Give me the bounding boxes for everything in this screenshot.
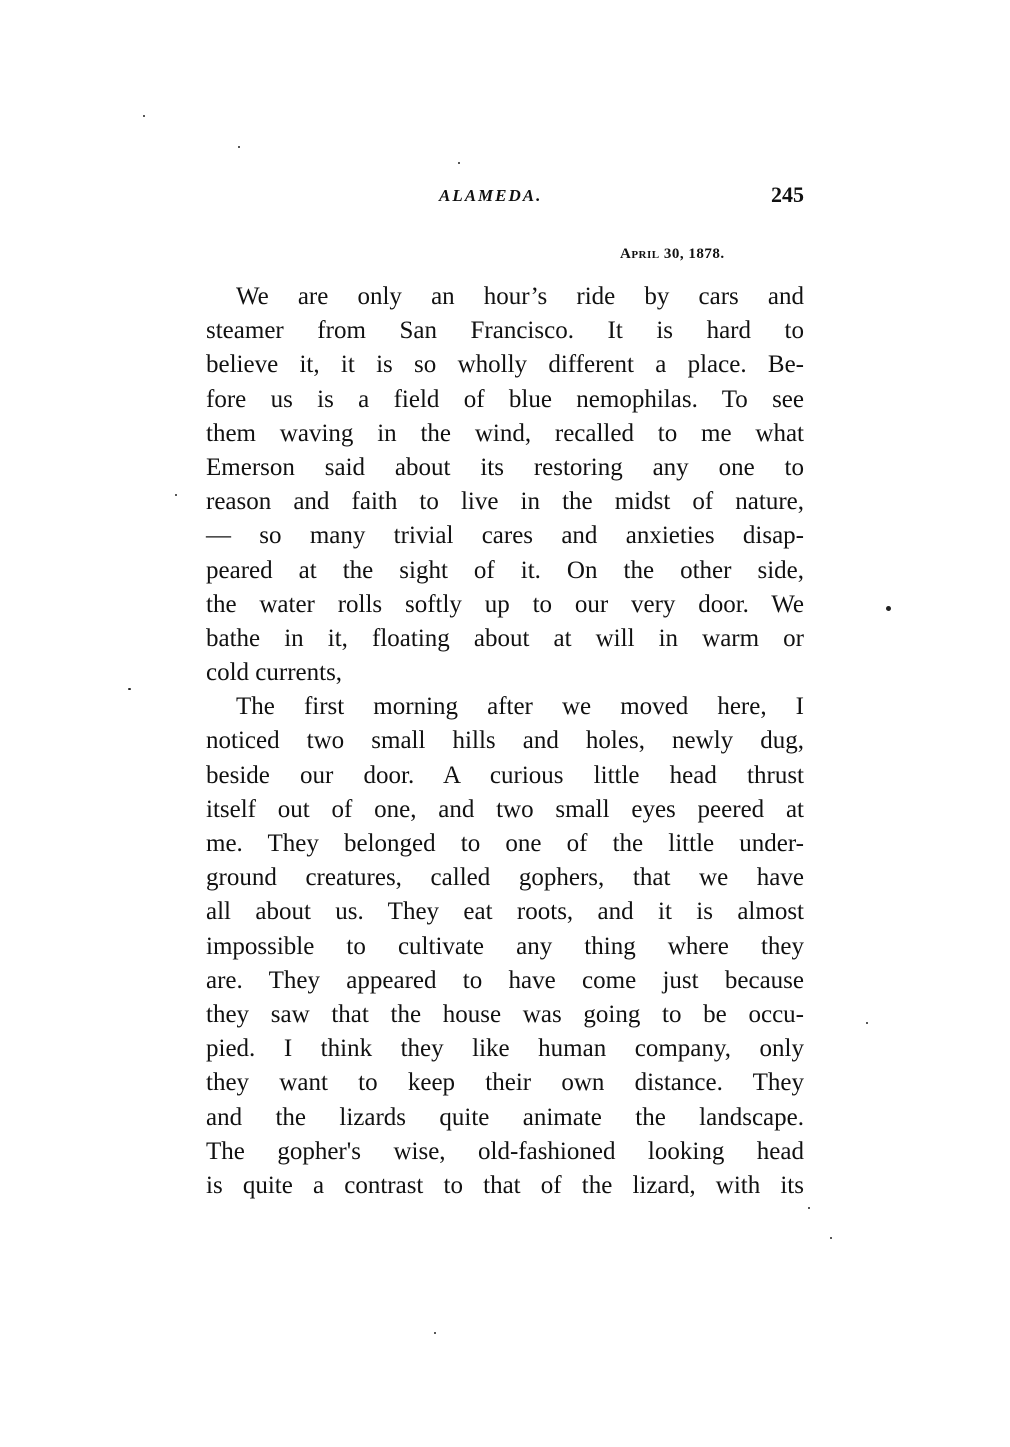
text-line: — so many trivial cares and anxieties di… (206, 519, 804, 553)
text-line: itself out of one, and two small eyes pe… (206, 793, 804, 827)
text-line: steamer from San Francisco. It is hard t… (206, 314, 804, 348)
text-line: them waving in the wind, recalled to me … (206, 417, 804, 451)
text-line: they saw that the house was going to be … (206, 998, 804, 1032)
text-line: believe it, it is so wholly different a … (206, 348, 804, 382)
page-number: 245 (771, 182, 804, 208)
scan-speck (175, 494, 177, 496)
text-line: reason and faith to live in the midst of… (206, 485, 804, 519)
scan-speck (808, 1207, 810, 1209)
text-line: peared at the sight of it. On the other … (206, 554, 804, 588)
text-line: all about us. They eat roots, and it is … (206, 895, 804, 929)
text-line: The first morning after we moved here, I (206, 690, 804, 724)
dateline: April 30, 1878. (620, 246, 725, 263)
paragraph-1: We are only an hour’s ride by cars and s… (206, 280, 804, 690)
text-line: beside our door. A curious little head t… (206, 759, 804, 793)
scan-speck (128, 688, 131, 690)
text-line: bathe in it, floating about at will in w… (206, 622, 804, 656)
running-head: ALAMEDA. 245 (206, 186, 804, 216)
text-line: is quite a contrast to that of the lizar… (206, 1169, 804, 1203)
paragraph-2: The first morning after we moved here, I… (206, 690, 804, 1203)
scan-speck (830, 1237, 832, 1239)
scan-speck (434, 1332, 436, 1334)
text-line: noticed two small hills and holes, newly… (206, 724, 804, 758)
scan-speck (458, 162, 460, 164)
text-line: fore us is a field of blue nemophilas. T… (206, 383, 804, 417)
text-line: ground creatures, called gophers, that w… (206, 861, 804, 895)
text-line: the water rolls softly up to our very do… (206, 588, 804, 622)
text-line: We are only an hour’s ride by cars and (206, 280, 804, 314)
scan-speck (238, 146, 240, 148)
scan-speck (886, 606, 891, 611)
scan-speck (866, 1022, 868, 1024)
text-line: Emerson said about its restoring any one… (206, 451, 804, 485)
text-line: The gopher's wise, old-fashioned looking… (206, 1135, 804, 1169)
text-line: impossible to cultivate any thing where … (206, 930, 804, 964)
body-text: We are only an hour’s ride by cars and s… (206, 280, 804, 1203)
scan-speck (143, 115, 145, 117)
text-line: me. They belonged to one of the little u… (206, 827, 804, 861)
text-line: and the lizards quite animate the landsc… (206, 1101, 804, 1135)
text-line: are. They appeared to have come just bec… (206, 964, 804, 998)
book-page: ALAMEDA. 245 April 30, 1878. We are only… (0, 0, 1010, 1447)
text-line: they want to keep their own distance. Th… (206, 1066, 804, 1100)
text-line: cold currents, (206, 656, 804, 690)
running-title: ALAMEDA. (439, 186, 542, 206)
text-line: pied. I think they like human company, o… (206, 1032, 804, 1066)
